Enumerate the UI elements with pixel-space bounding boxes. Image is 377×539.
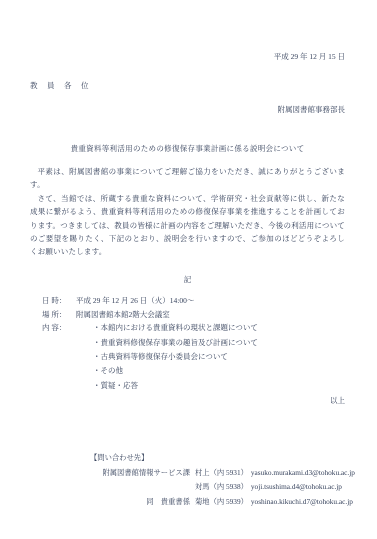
document-title: 貴重資料等利活用のための修復保存事業計画に係る説明会について: [30, 143, 345, 154]
document-page: 平成 29 年 12 月 15 日 教 員 各 位 附属図書館事務部長 貴重資料…: [0, 0, 377, 539]
agenda-item: ・その他: [93, 364, 258, 378]
body-paragraph-2: さて、当館では、所蔵する貴重な資料について、学術研究・社会貢献等に供し、新たな成…: [30, 192, 345, 259]
contact-person: 村上（内 5931）: [195, 468, 248, 477]
body-text: 平素は、附属図書館の事業についてご理解ご協力をいただき、誠にありがとうございます…: [30, 165, 345, 259]
details-section: 日 時： 平成 29 年 12 月 26 日（火）14:00～ 場 所： 附属図…: [42, 294, 345, 393]
recipient: 教 員 各 位: [30, 81, 345, 91]
datetime-label: 日 時：: [42, 294, 72, 308]
agenda-item: ・本館内における貴重資料の現状と課題について: [93, 321, 258, 335]
agenda-list: ・本館内における貴重資料の現状と課題について ・貴重資料修復保存事業の趣旨及び計…: [93, 321, 258, 392]
contact-heading: 【問い合わせ先】: [90, 452, 345, 464]
place-value: 附属図書館本館2階大会議室: [76, 308, 345, 322]
document-date: 平成 29 年 12 月 15 日: [30, 52, 345, 62]
ki-marker: 記: [30, 274, 345, 285]
contact-rows: 附属図書館情報サービス課 村上（内 5931）yasuko.murakami.d…: [98, 466, 345, 510]
detail-row-datetime: 日 時： 平成 29 年 12 月 26 日（火）14:00～: [42, 294, 345, 308]
agenda-item: ・古典資料等修復保存小委員会について: [93, 350, 258, 364]
detail-row-place: 場 所： 附属図書館本館2階大会議室: [42, 308, 345, 322]
contact-email: yasuko.murakami.d3@tohoku.ac.jp: [251, 468, 355, 477]
agenda-item: ・質疑・応答: [93, 379, 258, 393]
contact-entry: 菊地（内 5939）yoshinao.kikuchi.d7@tohoku.ac.…: [195, 495, 355, 510]
contact-email: yoji.tsushima.d4@tohoku.ac.jp: [251, 482, 342, 491]
contact-person: 菊地（内 5939）: [195, 497, 248, 506]
agenda-label: 内 容：: [42, 321, 72, 335]
contact-entry: 村上（内 5931）yasuko.murakami.d3@tohoku.ac.j…: [195, 466, 355, 481]
body-paragraph-1: 平素は、附属図書館の事業についてご理解ご協力をいただき、誠にありがとうございます…: [30, 165, 345, 192]
agenda-item: ・貴重資料修復保存事業の趣旨及び計画について: [93, 336, 258, 350]
detail-row-agenda: 内 容： ・本館内における貴重資料の現状と課題について ・貴重資料修復保存事業の…: [42, 321, 345, 392]
contact-person: 対馬（内 5938）: [195, 482, 248, 491]
contact-section: 【問い合わせ先】 附属図書館情報サービス課 村上（内 5931）yasuko.m…: [90, 452, 345, 510]
sender: 附属図書館事務部長: [30, 105, 345, 115]
place-label: 場 所：: [42, 308, 72, 322]
contact-entry: 対馬（内 5938）yoji.tsushima.d4@tohoku.ac.jp: [195, 480, 355, 495]
contact-dept: 同 貴重書係: [98, 495, 190, 510]
contact-dept: [98, 480, 190, 495]
datetime-value: 平成 29 年 12 月 26 日（火）14:00～: [76, 294, 345, 308]
contact-email: yoshinao.kikuchi.d7@tohoku.ac.jp: [251, 497, 353, 506]
contact-dept: 附属図書館情報サービス課: [98, 466, 190, 481]
closing-ijou: 以上: [30, 394, 345, 407]
